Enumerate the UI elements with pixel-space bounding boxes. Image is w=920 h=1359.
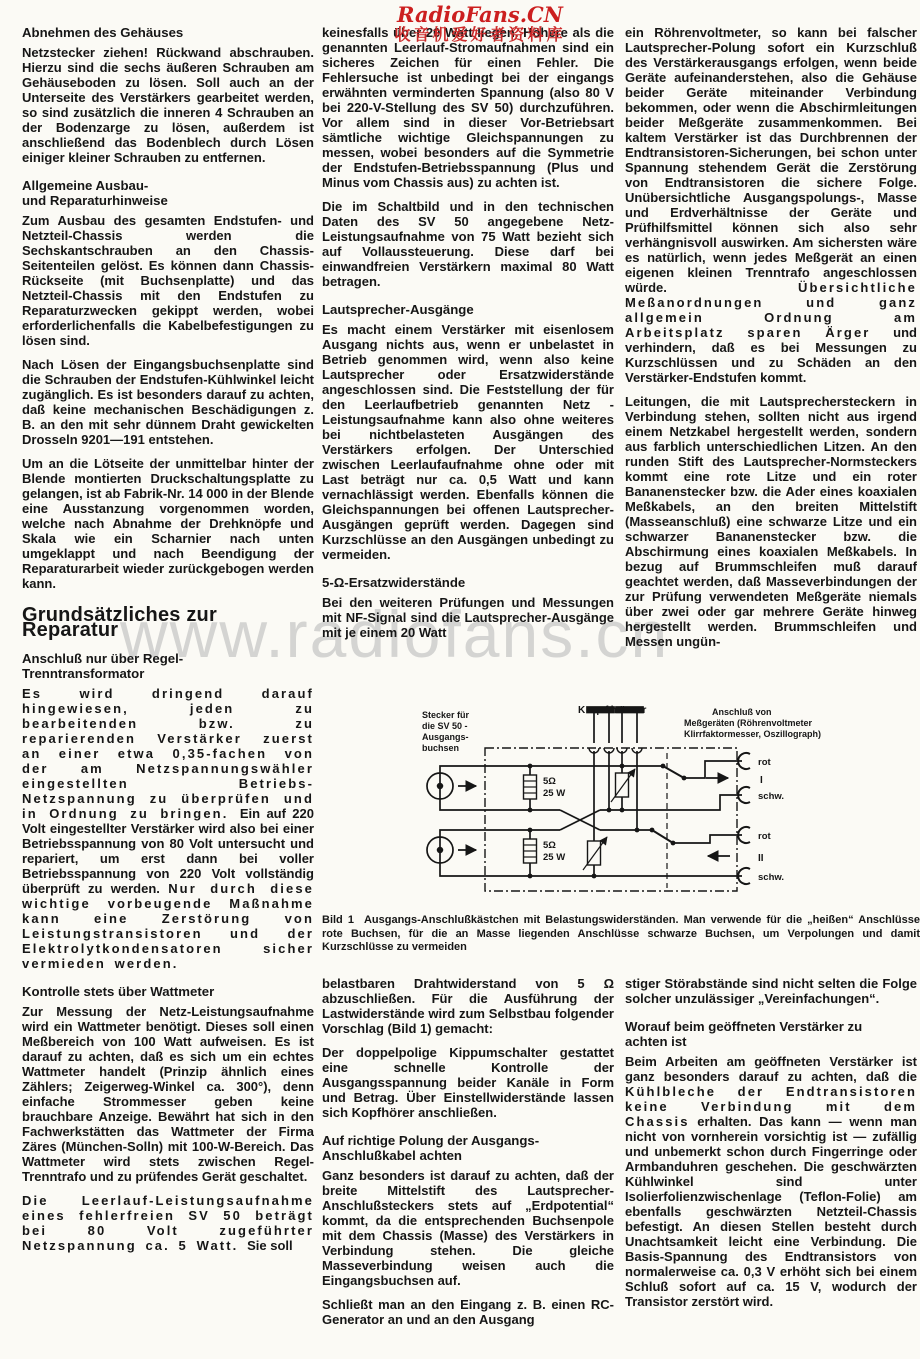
body-text: erhalten. Das kann — wenn man nicht von … xyxy=(625,1114,917,1309)
watermark-site-name: RadioFans.CN xyxy=(300,3,660,26)
section-heading: Worauf beim geöffneten Verstärker zu ach… xyxy=(625,1019,917,1049)
terminal-label-rot-2: rot xyxy=(758,831,772,842)
section-heading: Lautsprecher-Ausgänge xyxy=(322,302,614,317)
paragraph: keinesfalls über 20 Watt liegen. Höhere … xyxy=(322,25,614,190)
paragraph: Es wird dringend darauf hingewiesen, jed… xyxy=(22,686,314,971)
paragraph: Die Leerlauf-Leistungsaufnahme eines feh… xyxy=(22,1193,314,1253)
column-1: Abnehmen des Gehäuses Netzstecker ziehen… xyxy=(22,25,314,1355)
paragraph: Zur Messung der Netz-Leistungsaufnahme w… xyxy=(22,1004,314,1184)
paragraph: Nach Lösen der Eingangsbuchsenplatte sin… xyxy=(22,357,314,447)
paragraph: Leitungen, die mit Lautsprechersteckern … xyxy=(625,394,917,649)
paragraph: Bei den weiteren Prüfungen und Messungen… xyxy=(322,595,614,640)
load-resistor-1 xyxy=(524,766,537,810)
column-2-lower: belastbaren Drahtwiderstand von 5 Ω abzu… xyxy=(322,976,614,1354)
section-heading: Allgemeine Ausbau- und Reparaturhinweise xyxy=(22,178,314,208)
switch-blade-2 xyxy=(652,830,673,843)
figure-label-plug: Stecker für die SV 50 - Ausgangs- buchse… xyxy=(422,710,472,753)
enclosure-box xyxy=(485,748,737,891)
section-heading: 5-Ω-Ersatzwiderstände xyxy=(322,575,614,590)
load-resistor-2 xyxy=(524,830,537,876)
body-text: ein Röhrenvoltmeter, so kann bei falsche… xyxy=(625,25,917,295)
paragraph: Die im Schaltbild und in den technischen… xyxy=(322,199,614,289)
paragraph: Der doppelpolige Kippumschalter gestatte… xyxy=(322,1045,614,1120)
column-3-lower: stiger Störabstände sind nicht selten di… xyxy=(625,976,917,1354)
terminal-label-rot-1: rot xyxy=(758,757,772,768)
paragraph: Um an die Lötseite der unmittelbar hinte… xyxy=(22,456,314,591)
channel-1-label: I xyxy=(760,775,763,786)
paragraph: Zum Ausbau des gesamten Endstufen- und N… xyxy=(22,213,314,348)
terminal-label-schw-2: schw. xyxy=(758,872,784,883)
trim-resistor-2 xyxy=(583,837,607,876)
figure-caption: Bild 1Ausgangs-Anschlußkästchen mit Bela… xyxy=(322,914,920,955)
chapter-heading: Grundsätzliches zur Reparatur xyxy=(22,608,314,638)
paragraph: Beim Arbeiten am geöffneten Verstärker i… xyxy=(625,1054,917,1309)
paragraph: Ganz besonders ist darauf zu achten, daß… xyxy=(322,1168,614,1288)
column-2-upper: keinesfalls über 20 Watt liegen. Höhere … xyxy=(322,25,614,697)
body-text: Beim Arbeiten am geöffneten Verstärker i… xyxy=(625,1054,917,1084)
section-heading: Kontrolle stets über Wattmeter xyxy=(22,984,314,999)
resistor-1-label: 5Ω 25 W xyxy=(543,776,565,799)
resistor-2-label: 5Ω 25 W xyxy=(543,840,565,863)
paragraph: stiger Störabstände sind nicht selten di… xyxy=(625,976,917,1006)
figure-label-meters: Anschluß von Meßgeräten (Röhrenvoltmeter… xyxy=(684,707,821,739)
paragraph: Schließt man an den Eingang z. B. einen … xyxy=(322,1297,614,1327)
scanned-manual-page: www.radiofans.cn RadioFans.CN 收音机爱好者资料库 … xyxy=(0,0,920,1359)
paragraph: Netzstecker ziehen! Rückwand abschrauben… xyxy=(22,45,314,165)
emphasized-text: Es wird dringend darauf hingewiesen, jed… xyxy=(22,686,314,821)
section-heading: Abnehmen des Gehäuses xyxy=(22,25,314,40)
paragraph: Es macht einem Verstärker mit eisenlosem… xyxy=(322,322,614,562)
figure-caption-number: Bild 1 xyxy=(322,914,354,926)
column-3-upper: ein Röhrenvoltmeter, so kann bei falsche… xyxy=(625,25,917,713)
circuit-diagram: Stecker für die SV 50 - Ausgangs- buchse… xyxy=(400,698,915,913)
trim-resistor-1 xyxy=(611,769,635,810)
figure-caption-text: Ausgangs-Anschlußkästchen mit Belastungs… xyxy=(322,914,920,953)
section-heading: Auf richtige Polung der Ausgangs- Anschl… xyxy=(322,1133,614,1163)
section-heading: Anschluß nur über Regel- Trenntransforma… xyxy=(22,651,314,681)
switch-blade-1 xyxy=(663,766,684,778)
terminal-label-schw-1: schw. xyxy=(758,791,784,802)
figure-bild-1: Stecker für die SV 50 - Ausgangs- buchse… xyxy=(400,698,915,918)
paragraph: belastbaren Drahtwiderstand von 5 Ω abzu… xyxy=(322,976,614,1036)
paragraph: ein Röhrenvoltmeter, so kann bei falsche… xyxy=(625,25,917,385)
body-text: Sie soll xyxy=(247,1238,293,1253)
channel-2-label: II xyxy=(758,853,764,864)
